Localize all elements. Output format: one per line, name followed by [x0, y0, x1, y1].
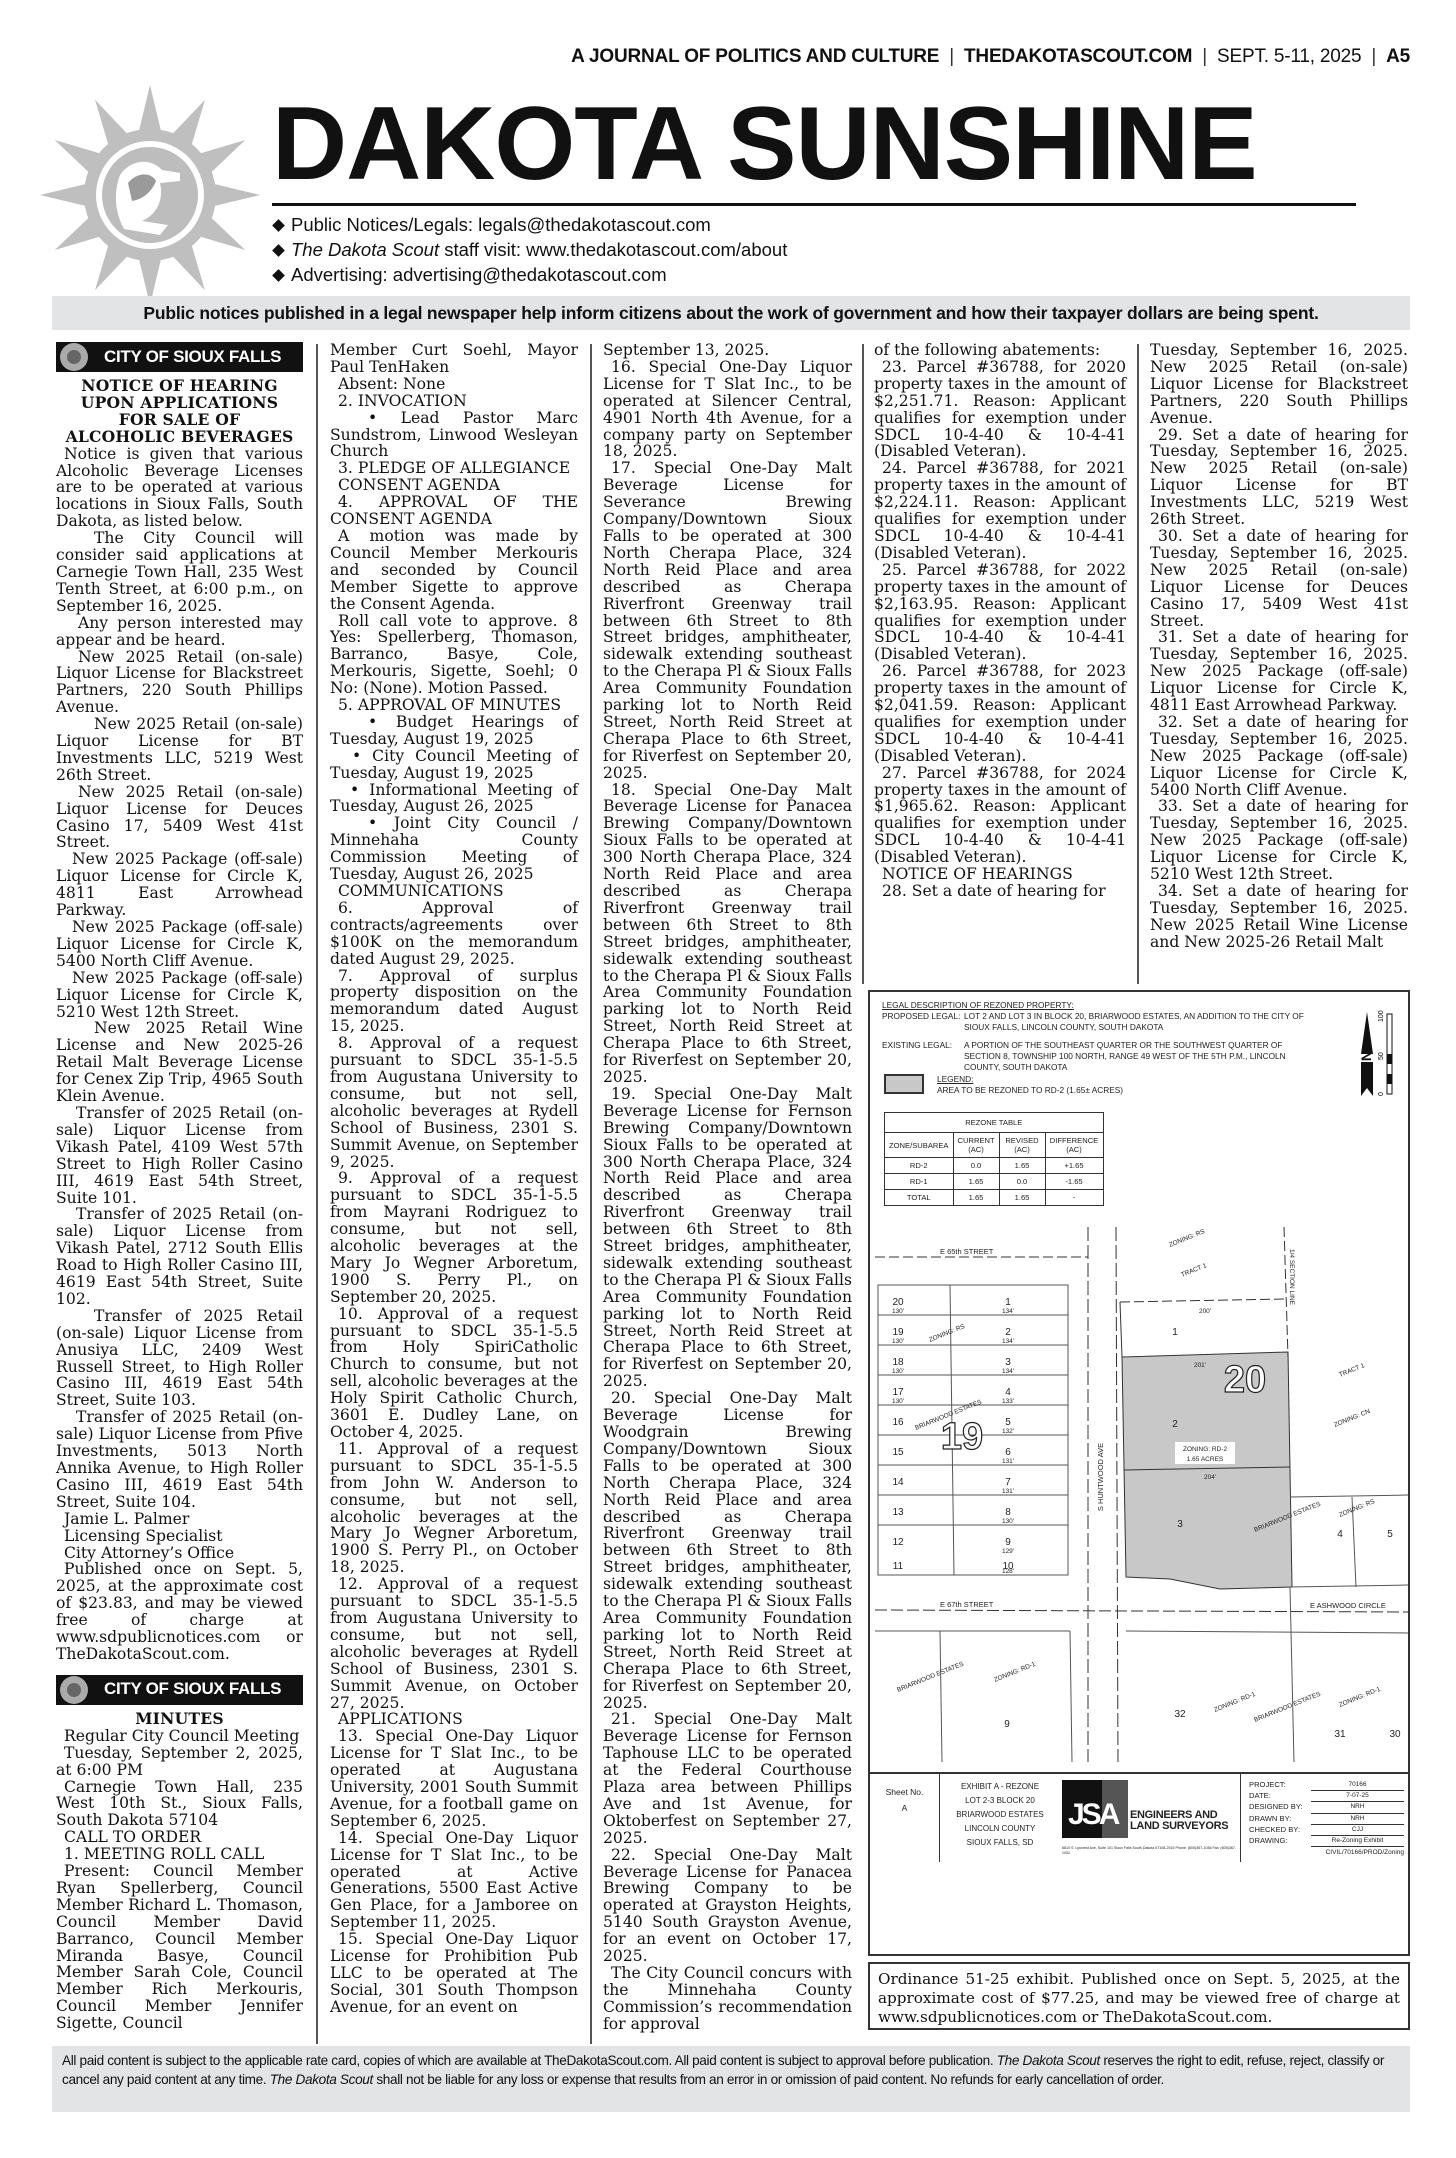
signature-office: City Attorney’s Office: [56, 1545, 303, 1562]
column-1: CITY OF SIOUX FALLS NOTICE OF HEARING UP…: [56, 342, 303, 2032]
signature-title: Licensing Specialist: [56, 1528, 303, 1545]
info-value: CJJ: [1311, 1825, 1404, 1836]
info-row: DESIGNED BY:NRH: [1249, 1802, 1404, 1813]
abatement-item: 27. Parcel #36788, for 2024 property tax…: [874, 765, 1126, 866]
rezone-table-title: REZONE TABLE: [885, 1113, 1104, 1133]
agenda-item: 14. Special One-Day Liquor License for T…: [330, 1830, 578, 1931]
divider: |: [1371, 46, 1376, 67]
svg-text:ZONING: RD-1: ZONING: RD-1: [1338, 1686, 1382, 1709]
hearing-item: Tuesday, September 16, 2025. New 2025 Re…: [1150, 342, 1408, 427]
info-value: 7-07-25: [1311, 1791, 1404, 1802]
hearing-item: 33. Set a date of hearing for Tuesday, S…: [1150, 798, 1408, 883]
license-item: Transfer of 2025 Retail (on-sale) Liquor…: [56, 1105, 303, 1206]
agenda-item: 7. Approval of surplus property disposit…: [330, 968, 578, 1036]
svg-text:128': 128': [1002, 1568, 1014, 1575]
svg-text:134': 134': [1002, 1368, 1014, 1375]
project-info: PROJECT:70166 DATE:7-07-25 DESIGNED BY:N…: [1240, 1774, 1410, 1862]
table-row: RD-11.650.0-1.65: [885, 1174, 1104, 1190]
license-item: Transfer of 2025 Retail (on-sale) Liquor…: [56, 1308, 303, 1409]
svg-text:134': 134': [1002, 1308, 1014, 1315]
existing-legal: EXISTING LEGAL:A PORTION OF THE SOUTHEAS…: [882, 1040, 1312, 1073]
svg-text:130': 130': [892, 1398, 904, 1405]
agenda-item: 10. Approval of a request pursuant to SD…: [330, 1306, 578, 1441]
svg-text:BRIARWOOD ESTATES: BRIARWOOD ESTATES: [1253, 1690, 1322, 1723]
svg-text:TRACT 1: TRACT 1: [1338, 1362, 1366, 1379]
table-cell: RD-2: [885, 1158, 954, 1174]
svg-text:7: 7: [1005, 1477, 1011, 1488]
svg-text:ZONING: RS: ZONING: RS: [928, 1323, 966, 1344]
drawing-title-block: Sheet No. A EXHIBIT A - REZONE LOT 2-3 B…: [870, 1772, 1410, 1862]
desc-line: SIOUX FALLS, SD: [940, 1836, 1060, 1850]
info-label: DESIGNED BY:: [1249, 1802, 1311, 1813]
table-cell: RD-1: [885, 1174, 954, 1190]
disclaimer-text: shall not be liable for any loss or expe…: [373, 2072, 1164, 2087]
column-divider: [862, 344, 864, 984]
exhibit-description: EXHIBIT A - REZONE LOT 2-3 BLOCK 20 BRIA…: [940, 1774, 1060, 1862]
notice-paragraph: Any person interested may appear and be …: [56, 615, 303, 649]
column-4: of the following abatements: 23. Parcel …: [874, 342, 1126, 900]
notice-paragraph: Notice is given that various Alcoholic B…: [56, 446, 303, 531]
svg-text:4: 4: [1337, 1529, 1343, 1540]
notice-paragraph: The City Council will consider said appl…: [56, 530, 303, 615]
license-item: New 2025 Retail Wine License and New 202…: [56, 1020, 303, 1105]
agenda-heading: 4. APPROVAL OF THE CONSENT AGENDA: [330, 494, 578, 528]
agenda-bullet: • Budget Hearings of Tuesday, August 19,…: [330, 714, 578, 748]
sheet-label: Sheet No.: [870, 1784, 939, 1800]
minutes-line: CALL TO ORDER: [56, 1829, 303, 1846]
firm-logo-text: JSA: [1068, 1798, 1117, 1832]
section-header-label: CITY OF SIOUX FALLS: [104, 349, 281, 366]
agenda-item: 21. Special One-Day Malt Beverage Licens…: [603, 1711, 852, 1846]
column-header: ZONE/SUBAREA: [885, 1133, 954, 1158]
svg-text:ZONING: RD-1: ZONING: RD-1: [993, 1661, 1037, 1684]
svg-text:131': 131': [1002, 1488, 1014, 1495]
contact-advertising: Advertising: advertising@thedakotascout.…: [272, 262, 787, 287]
svg-text:130': 130': [1002, 1518, 1014, 1525]
agenda-item: 12. Approval of a request pursuant to SD…: [330, 1576, 578, 1711]
legend-heading: LEGEND:: [937, 1074, 1123, 1085]
agenda-bullet: • Informational Meeting of Tuesday, Augu…: [330, 782, 578, 816]
agenda-item: 6. Approval of contracts/agreements over…: [330, 900, 578, 968]
svg-text:E 65th STREET: E 65th STREET: [940, 1247, 994, 1256]
agenda-heading: 2. INVOCATION: [330, 393, 578, 410]
desc-line: LINCOLN COUNTY: [940, 1822, 1060, 1836]
hearing-item: 31. Set a date of hearing for Tuesday, S…: [1150, 629, 1408, 714]
diamond-bullet-icon: [272, 244, 285, 257]
svg-text:16: 16: [892, 1417, 904, 1428]
svg-text:ZONING: RS: ZONING: RS: [1338, 1498, 1376, 1519]
site-link[interactable]: THEDAKOTASCOUT.COM: [964, 46, 1192, 67]
agenda-bullet: • City Council Meeting of Tuesday, Augus…: [330, 748, 578, 782]
minutes-line: A motion was made by Council Member Merk…: [330, 528, 578, 613]
svg-text:N: N: [1358, 1051, 1374, 1061]
svg-text:BRIARWOOD ESTATES: BRIARWOOD ESTATES: [896, 1660, 965, 1693]
svg-text:11: 11: [893, 1561, 904, 1572]
city-seal-icon: [58, 1675, 96, 1705]
column-header: REVISED (AC): [999, 1133, 1045, 1158]
agenda-heading: NOTICE OF HEARINGS: [874, 866, 1126, 883]
masthead-rule: [272, 203, 1356, 206]
svg-text:20: 20: [1224, 1359, 1266, 1401]
svg-text:131': 131': [1002, 1458, 1014, 1465]
info-value: 70166: [1311, 1780, 1404, 1791]
proposed-legal-label: PROPOSED LEGAL:: [882, 1011, 964, 1033]
masthead-info-line: A JOURNAL OF POLITICS AND CULTURE|THEDAK…: [571, 46, 1410, 68]
svg-text:129': 129': [1002, 1548, 1014, 1555]
proposed-legal: PROPOSED LEGAL:LOT 2 AND LOT 3 IN BLOCK …: [882, 1011, 1312, 1033]
jsa-logo: JSA ENGINEERS AND LAND SURVEYORS 6810 S.…: [1060, 1774, 1240, 1862]
svg-text:130': 130': [892, 1338, 904, 1345]
svg-text:TRACT 1: TRACT 1: [1180, 1262, 1208, 1279]
svg-text:204': 204': [1204, 1474, 1216, 1481]
svg-text:3: 3: [1177, 1519, 1183, 1530]
svg-text:0: 0: [1378, 1092, 1385, 1096]
info-label: CHECKED BY:: [1249, 1825, 1311, 1836]
table-cell: 0.0: [953, 1158, 999, 1174]
legend: LEGEND: AREA TO BE REZONED TO RD-2 (1.65…: [937, 1074, 1123, 1096]
column-divider: [1137, 344, 1139, 984]
table-cell: +1.65: [1045, 1158, 1103, 1174]
hearing-item: 29. Set a date of hearing for Tuesday, S…: [1150, 427, 1408, 528]
svg-text:ZONING: RD-1: ZONING: RD-1: [1213, 1691, 1257, 1714]
abatement-item: 23. Parcel #36788, for 2020 property tax…: [874, 359, 1126, 460]
info-row: DRAWING:Re-Zoning Exhibit: [1249, 1836, 1404, 1847]
existing-legal-text: A PORTION OF THE SOUTHEAST QUARTER OR TH…: [964, 1040, 1312, 1073]
signature-name: Jamie L. Palmer: [56, 1511, 303, 1528]
svg-text:9: 9: [1005, 1537, 1011, 1548]
svg-text:1: 1: [1005, 1297, 1011, 1308]
table-row: RD-20.01.65+1.65: [885, 1158, 1104, 1174]
column-5: Tuesday, September 16, 2025. New 2025 Re…: [1150, 342, 1408, 951]
divider: |: [949, 46, 954, 67]
firm-name: ENGINEERS AND LAND SURVEYORS: [1130, 1810, 1228, 1832]
svg-text:133': 133': [1002, 1398, 1014, 1405]
rezone-exhibit-map: LEGAL DESCRIPTION OF REZONED PROPERTY: P…: [868, 990, 1410, 1956]
drawing-path: CIVIL/70166/PROD/Zoning: [1249, 1848, 1404, 1858]
section-header-label: CITY OF SIOUX FALLS: [104, 1681, 281, 1698]
svg-text:5: 5: [1387, 1529, 1393, 1540]
agenda-item: 19. Special One-Day Malt Beverage Licens…: [603, 1086, 852, 1390]
publication-name: The Dakota Scout: [997, 2053, 1100, 2068]
minutes-line: Roll call vote to approve. 8 Yes: Spelle…: [330, 613, 578, 698]
agenda-bullet: • Joint City Council / Minnehaha County …: [330, 815, 578, 883]
ordinance-caption: Ordinance 51-25 exhibit. Published once …: [868, 1962, 1410, 2030]
desc-line: BRIARWOOD ESTATES: [940, 1808, 1060, 1822]
info-row: DATE:7-07-25: [1249, 1791, 1404, 1802]
minutes-line: Tuesday, September 2, 2025, at 6:00 PM: [56, 1745, 303, 1779]
minutes-line: 1. MEETING ROLL CALL: [56, 1846, 303, 1863]
svg-text:31: 31: [1334, 1729, 1346, 1740]
agenda-item: 15. Special One-Day Liquor License for P…: [330, 1931, 578, 2016]
column-3: September 13, 2025. 16. Special One-Day …: [603, 342, 852, 2033]
svg-text:ZONING: RD-2: ZONING: RD-2: [1183, 1446, 1227, 1453]
legal-heading: LEGAL DESCRIPTION OF REZONED PROPERTY:: [882, 1000, 1312, 1011]
table-cell: TOTAL: [885, 1190, 954, 1206]
svg-text:19: 19: [941, 1416, 983, 1458]
table-row: TOTAL1.651.65-: [885, 1190, 1104, 1206]
agenda-item: 17. Special One-Day Malt Beverage Licens…: [603, 460, 852, 781]
info-value: NRH: [1311, 1814, 1404, 1825]
table-cell: 1.65: [953, 1174, 999, 1190]
firm-name-line: LAND SURVEYORS: [1130, 1821, 1228, 1832]
svg-text:20: 20: [892, 1297, 904, 1308]
agenda-item: September 13, 2025.: [603, 342, 852, 359]
agenda-item: 11. Approval of a request pursuant to SD…: [330, 1441, 578, 1576]
svg-text:S HUNTWOOD AVE: S HUNTWOOD AVE: [1096, 1443, 1105, 1511]
column-divider: [316, 344, 318, 2044]
minutes-line: Regular City Council Meeting: [56, 1728, 303, 1745]
svg-text:19: 19: [892, 1327, 904, 1338]
column-2: Member Curt Soehl, Mayor Paul TenHaken A…: [330, 342, 578, 2016]
tagline: A JOURNAL OF POLITICS AND CULTURE: [571, 46, 939, 67]
disclaimer-text: All paid content is subject to the appli…: [62, 2053, 997, 2068]
info-value: Re-Zoning Exhibit: [1311, 1836, 1404, 1847]
city-seal-icon: [58, 342, 96, 372]
license-item: New 2025 Retail (on-sale) Liquor License…: [56, 716, 303, 784]
table-cell: 0.0: [999, 1174, 1045, 1190]
column-divider: [590, 344, 592, 2044]
agenda-item: 16. Special One-Day Liquor License for T…: [603, 359, 852, 460]
desc-line: EXHIBIT A - REZONE: [940, 1780, 1060, 1794]
agenda-item: 22. Special One-Day Malt Beverage Licens…: [603, 1847, 852, 1965]
license-item: Transfer of 2025 Retail (on-sale) Liquor…: [56, 1206, 303, 1307]
svg-text:200': 200': [1199, 1308, 1211, 1315]
section-title: DAKOTA SUNSHINE: [272, 92, 1257, 196]
agenda-item: 18. Special One-Day Malt Beverage Licens…: [603, 782, 852, 1086]
north-arrow-scale-icon: N 0 50 100: [1345, 1004, 1405, 1104]
contact-legals: Public Notices/Legals: legals@thedakotas…: [272, 212, 787, 237]
svg-text:6: 6: [1005, 1447, 1011, 1458]
svg-text:201': 201': [1194, 1362, 1206, 1369]
svg-text:15: 15: [892, 1447, 904, 1458]
contact-staff: The Dakota Scout staff visit: www.thedak…: [272, 237, 787, 262]
hearing-item: 34. Set a date of hearing for Tuesday, S…: [1150, 883, 1408, 951]
svg-text:2: 2: [1172, 1419, 1178, 1430]
svg-text:5: 5: [1005, 1417, 1011, 1428]
table-cell: 1.65: [999, 1158, 1045, 1174]
sheet-number: Sheet No. A: [870, 1774, 940, 1862]
table-header-row: ZONE/SUBAREA CURRENT (AC) REVISED (AC) D…: [885, 1133, 1104, 1158]
svg-text:32: 32: [1174, 1709, 1186, 1720]
abatement-item: 26. Parcel #36788, for 2023 property tax…: [874, 663, 1126, 764]
issue-dates: SEPT. 5-11, 2025: [1217, 46, 1361, 67]
column-header: DIFFERENCE (AC): [1045, 1133, 1103, 1158]
license-item: New 2025 Retail (on-sale) Liquor License…: [56, 649, 303, 717]
agenda-item: of the following abatements:: [874, 342, 1126, 359]
legend-text: AREA TO BE REZONED TO RD-2 (1.65± ACRES): [937, 1085, 1123, 1096]
info-label: DRAWING:: [1249, 1836, 1311, 1847]
page-number: A5: [1386, 46, 1410, 67]
agenda-heading: 5. APPROVAL OF MINUTES: [330, 697, 578, 714]
table-cell: -: [1045, 1190, 1103, 1206]
hearing-item: 30. Set a date of hearing for Tuesday, S…: [1150, 528, 1408, 629]
svg-text:1.65 ACRES: 1.65 ACRES: [1187, 1456, 1224, 1463]
svg-text:E ASHWOOD CIRCLE: E ASHWOOD CIRCLE: [1310, 1601, 1386, 1610]
svg-text:ZONING: RS: ZONING: RS: [1168, 1228, 1206, 1249]
info-row: DRAWN BY:NRH: [1249, 1814, 1404, 1825]
public-notice-banner: Public notices published in a legal news…: [52, 296, 1410, 330]
svg-text:13: 13: [892, 1507, 904, 1518]
svg-text:9: 9: [1004, 1719, 1010, 1730]
license-item: Transfer of 2025 Retail (on-sale) Liquor…: [56, 1409, 303, 1510]
svg-text:130': 130': [892, 1308, 904, 1315]
agenda-item: 8. Approval of a request pursuant to SDC…: [330, 1035, 578, 1170]
agenda-item: 20. Special One-Day Malt Beverage Licens…: [603, 1390, 852, 1711]
license-item: New 2025 Package (off-sale) Liquor Licen…: [56, 970, 303, 1021]
divider: |: [1202, 46, 1207, 67]
minutes-title: MINUTES: [56, 1711, 303, 1728]
column-header: CURRENT (AC): [953, 1133, 999, 1158]
minutes-line: Absent: None: [330, 376, 578, 393]
svg-text:12: 12: [892, 1537, 904, 1548]
license-item: New 2025 Retail (on-sale) Liquor License…: [56, 784, 303, 852]
license-item: New 2025 Package (off-sale) Liquor Licen…: [56, 851, 303, 919]
svg-text:132': 132': [1002, 1428, 1014, 1435]
agenda-item: 13. Special One-Day Liquor License for T…: [330, 1728, 578, 1829]
section-header-city-of-sioux-falls: CITY OF SIOUX FALLS: [56, 1675, 303, 1705]
minutes-line: Present: Council Member Ryan Spellerberg…: [56, 1863, 303, 2032]
legals-email-link[interactable]: Public Notices/Legals: legals@thedakotas…: [291, 214, 711, 235]
svg-text:18: 18: [892, 1357, 904, 1368]
publication-name: The Dakota Scout: [270, 2072, 373, 2087]
contact-list: Public Notices/Legals: legals@thedakotas…: [272, 212, 787, 287]
agenda-heading: CONSENT AGENDA: [330, 477, 578, 494]
agenda-bullet: • Lead Pastor Marc Sundstrom, Linwood We…: [330, 410, 578, 461]
info-value: NRH: [1311, 1802, 1404, 1813]
info-label: DATE:: [1249, 1791, 1311, 1802]
svg-text:14: 14: [892, 1477, 904, 1488]
svg-text:8: 8: [1005, 1507, 1011, 1518]
agenda-item: The City Council concurs with the Minneh…: [603, 1965, 852, 2033]
svg-text:130': 130': [892, 1368, 904, 1375]
table-cell: 1.65: [953, 1190, 999, 1206]
info-label: DRAWN BY:: [1249, 1814, 1311, 1825]
desc-line: LOT 2-3 BLOCK 20: [940, 1794, 1060, 1808]
existing-legal-label: EXISTING LEGAL:: [882, 1040, 964, 1073]
abatement-item: 25. Parcel #36788, for 2022 property tax…: [874, 562, 1126, 663]
agenda-heading: 3. PLEDGE OF ALLEGIANCE: [330, 460, 578, 477]
paid-content-disclaimer: All paid content is subject to the appli…: [52, 2046, 1410, 2112]
sunburst-logo-icon: [40, 85, 260, 305]
rezone-table: REZONE TABLE ZONE/SUBAREA CURRENT (AC) R…: [884, 1112, 1104, 1206]
sheet-value: A: [870, 1800, 939, 1816]
legal-description: LEGAL DESCRIPTION OF REZONED PROPERTY: P…: [882, 1000, 1312, 1073]
agenda-heading: COMMUNICATIONS: [330, 883, 578, 900]
info-label: PROJECT:: [1249, 1780, 1311, 1791]
svg-text:4: 4: [1005, 1387, 1011, 1398]
svg-text:17: 17: [892, 1387, 904, 1398]
info-row: CHECKED BY:CJJ: [1249, 1825, 1404, 1836]
minutes-line: Member Curt Soehl, Mayor Paul TenHaken: [330, 342, 578, 376]
publication-name: The Dakota Scout: [291, 239, 439, 260]
svg-text:1: 1: [1172, 1327, 1178, 1338]
firm-address: 6810 S. Lyncrest Ave, Suite 101 Sioux Fa…: [1062, 1846, 1240, 1856]
staff-page-link[interactable]: staff visit: www.thedakotascout.com/abou…: [439, 239, 787, 260]
advertising-email-link[interactable]: Advertising: advertising@thedakotascout.…: [291, 264, 667, 285]
agenda-heading: APPLICATIONS: [330, 1711, 578, 1728]
legend-swatch: [884, 1074, 924, 1094]
hearing-item: 32. Set a date of hearing for Tuesday, S…: [1150, 714, 1408, 799]
svg-text:134': 134': [1002, 1338, 1014, 1345]
abatement-item: 24. Parcel #36788, for 2021 property tax…: [874, 460, 1126, 561]
license-item: New 2025 Package (off-sale) Liquor Licen…: [56, 919, 303, 970]
plat-map: 2019 1817 1615 1413 1211 12 34 56 78 910…: [870, 1227, 1410, 1762]
svg-text:1/4 SECTION LINE: 1/4 SECTION LINE: [1288, 1249, 1295, 1306]
svg-text:E 67th STREET: E 67th STREET: [940, 1600, 994, 1609]
proposed-legal-text: LOT 2 AND LOT 3 IN BLOCK 20, BRIARWOOD E…: [964, 1011, 1312, 1033]
svg-text:3: 3: [1005, 1357, 1011, 1368]
svg-text:100: 100: [1378, 1010, 1385, 1022]
svg-text:2: 2: [1005, 1327, 1011, 1338]
agenda-item: 9. Approval of a request pursuant to SDC…: [330, 1170, 578, 1305]
table-cell: 1.65: [999, 1190, 1045, 1206]
info-row: PROJECT:70166: [1249, 1780, 1404, 1791]
publication-note: Published once on Sept. 5, 2025, at the …: [56, 1561, 303, 1662]
svg-text:30: 30: [1389, 1729, 1401, 1740]
diamond-bullet-icon: [272, 269, 285, 282]
section-header-city-of-sioux-falls: CITY OF SIOUX FALLS: [56, 342, 303, 372]
svg-text:50: 50: [1378, 1052, 1385, 1060]
table-cell: -1.65: [1045, 1174, 1103, 1190]
svg-text:ZONING: CN: ZONING: CN: [1333, 1408, 1371, 1429]
minutes-line: Carnegie Town Hall, 235 West 10th St., S…: [56, 1779, 303, 1830]
notice-title-line: ALCOHOLIC BEVERAGES: [56, 429, 303, 446]
diamond-bullet-icon: [272, 219, 285, 232]
hearing-item: 28. Set a date of hearing for: [874, 883, 1126, 900]
